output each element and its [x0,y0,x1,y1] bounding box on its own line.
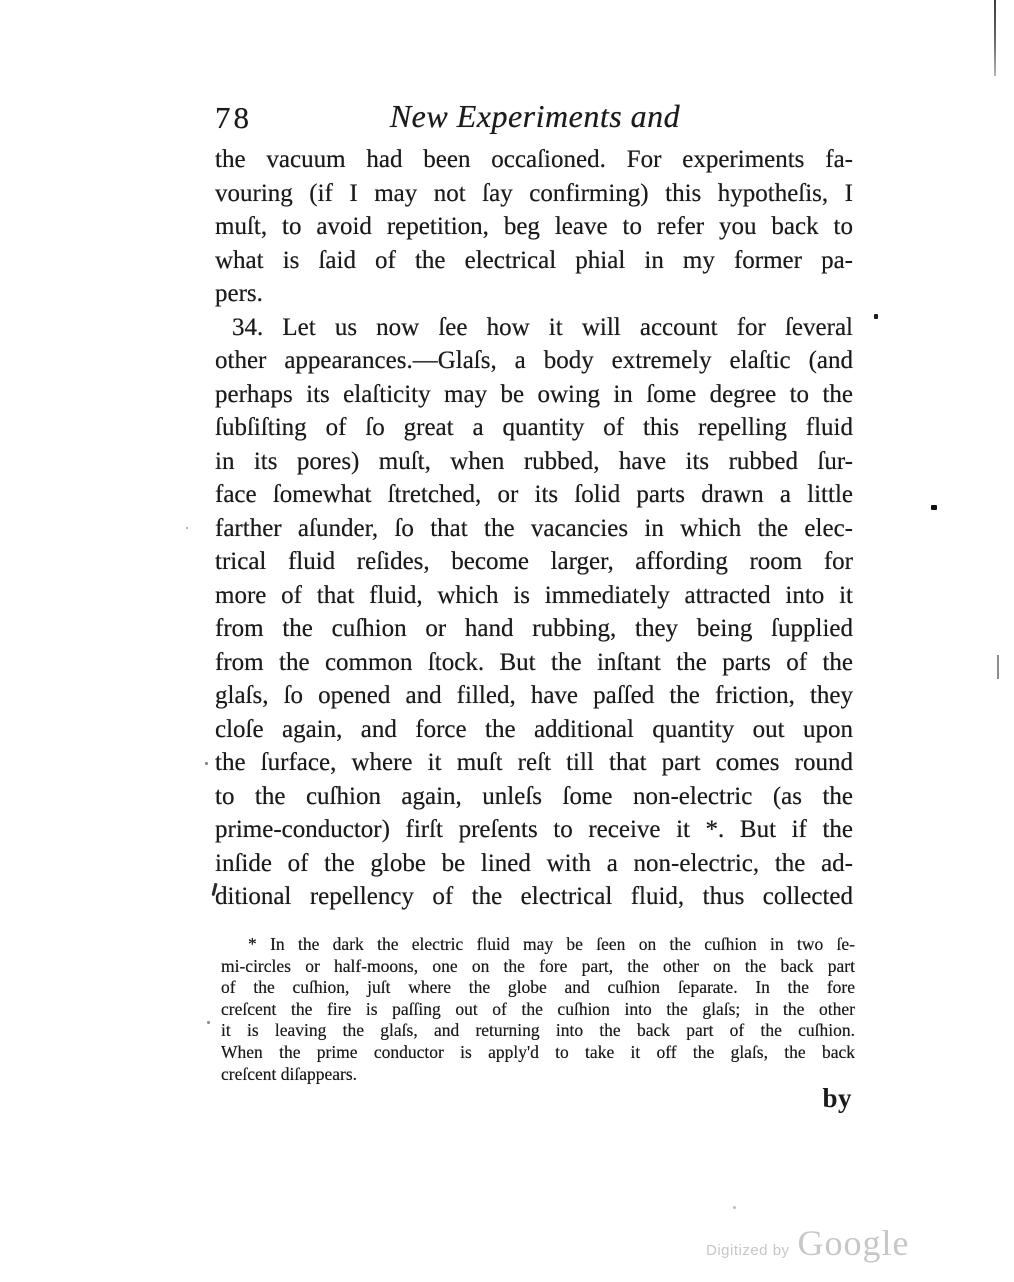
text-line: of the cuſhion, juſt where the globe and… [221,977,855,999]
text-line: the vacuum had been occaſioned. For expe… [215,143,853,177]
text-line: the ſurface, where it muſt reſt till tha… [215,746,853,780]
text-line: * In the dark the electric fluid may be … [221,934,855,956]
text-line: mi-circles or half-moons, one on the for… [221,956,855,978]
text-line: other appearances.—Glaſs, a body extreme… [215,344,853,378]
text-line: in its pores) muſt, when rubbed, have it… [215,445,853,479]
text-line: from the common ſtock. But the inſtant t… [215,646,853,680]
text-line: 34. Let us now ſee how it will account f… [215,311,853,345]
text-line: to the cuſhion again, unleſs ſome non-el… [215,780,853,814]
google-watermark: Digitized by Google [706,1222,910,1264]
paragraph-34: 34. Let us now ſee how it will account f… [215,311,853,914]
body-text: the vacuum had been occaſioned. For expe… [215,143,853,914]
text-line: face ſomewhat ſtretched, or its ſolid pa… [215,478,853,512]
scan-artifact-speck [931,505,937,510]
scan-artifact-edge-line-mid [997,655,999,679]
footnote: * In the dark the electric fluid may be … [221,934,855,1085]
text-line: creſcent the fire is paſſing out of the … [221,999,855,1021]
text-line: trical fluid reſides, become larger, aff… [215,545,853,579]
text-line: ſubſiſting of ſo great a quantity of thi… [215,411,853,445]
scan-artifact-dot [207,1021,210,1024]
scan-artifact-speck [874,314,878,319]
text-line: what is ſaid of the electrical phial in … [215,244,853,278]
digitized-by-label: Digitized by [706,1242,790,1259]
google-logo: Google [798,1222,910,1264]
catchword: by [215,1083,852,1114]
text-line: vouring (if I may not ſay confirming) th… [215,177,853,211]
book-page: 78 New Experiments and the vacuum had be… [0,0,1014,1282]
text-line: inſide of the globe be lined with a non-… [215,847,853,881]
running-header: 78 New Experiments and [215,98,855,140]
text-line: glaſs, ſo opened and filled, have paſſed… [215,679,853,713]
paragraph-1: the vacuum had been occaſioned. For expe… [215,143,853,311]
scan-artifact-dot [205,762,208,765]
text-line: creſcent diſappears. [221,1064,855,1086]
scan-artifact-edge-line-top [994,0,996,76]
text-line: it is leaving the glaſs, and returning i… [221,1020,855,1042]
text-line: ditional repellency of the electrical fl… [215,880,853,914]
text-line: When the prime conductor is apply'd to t… [221,1042,855,1064]
text-line: prime-conductor) firſt preſents to recei… [215,813,853,847]
text-line: farther aſunder, ſo that the vacancies i… [215,512,853,546]
scan-artifact-dot [733,1206,736,1209]
text-line: from the cuſhion or hand rubbing, they b… [215,612,853,646]
text-line: more of that fluid, which is immediately… [215,579,853,613]
text-line: pers. [215,277,853,311]
scan-artifact-dot [186,527,188,529]
running-title: New Experiments and [215,98,855,135]
text-line: muſt, to avoid repetition, beg leave to … [215,210,853,244]
text-line: perhaps its elaſticity may be owing in ſ… [215,378,853,412]
text-line: cloſe again, and force the additional qu… [215,713,853,747]
